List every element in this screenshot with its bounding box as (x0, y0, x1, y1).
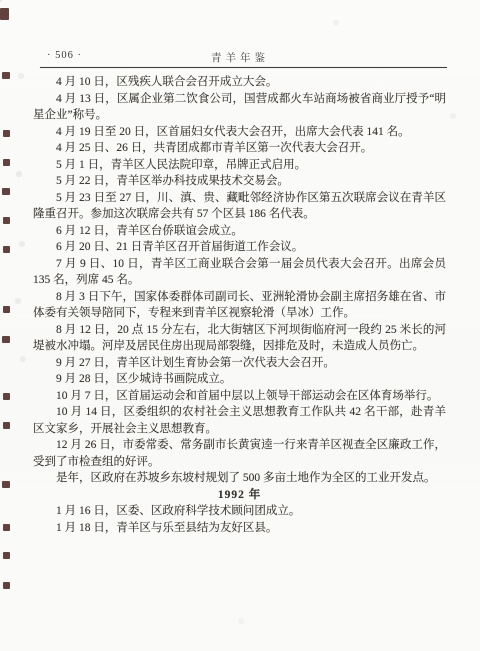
scan-artifact-mark (3, 393, 10, 400)
scan-artifact-mark (2, 72, 10, 79)
year-heading: 1992 年 (33, 487, 446, 504)
chronicle-text-column: 4 月 10 日，区残疾人联合会召开成立大会。4 月 13 日，区属企业第二饮食… (33, 74, 446, 536)
scan-artifact-mark (2, 336, 10, 343)
scan-artifact-mark (3, 524, 10, 531)
journal-title: 青羊年鉴 (33, 50, 447, 65)
chronicle-entry: 9 月 28 日，区少城诗书画院成立。 (33, 371, 446, 388)
chronicle-entry: 4 月 10 日，区残疾人联合会召开成立大会。 (33, 74, 446, 91)
chronicle-entry: 1 月 18 日，青羊区与乐至县结为友好区县。 (33, 520, 446, 537)
chronicle-entry: 1 月 16 日，区委、区政府科学技术顾问团成立。 (33, 503, 446, 520)
chronicle-entry: 5 月 23 日至 27 日，川、滇、贵、藏毗邻经济协作区第五次联席会议在青羊区… (33, 190, 446, 223)
chronicle-entry: 4 月 13 日，区属企业第二饮食公司，国营成都火车站商场被省商业厅授予“明星企… (33, 91, 446, 124)
scan-artifact-mark (3, 130, 10, 137)
scan-artifact-mark (2, 481, 10, 488)
scan-artifact-mark (2, 188, 10, 195)
chronicle-entry: 是年，区政府在苏坡乡东坡村规划了 500 多亩土地作为全区的工业开发点。 (33, 470, 446, 487)
chronicle-entry: 10 月 14 日，区委组织的农村社会主义思想教育工作队共 42 名干部，赴青羊… (33, 404, 446, 437)
chronicle-entry: 6 月 12 日，青羊区台侨联谊会成立。 (33, 223, 446, 240)
chronicle-entry: 7 月 9 日、10 日，青羊区工商业联合会第一届会员代表大会召开。出席会员 1… (33, 256, 446, 289)
chronicle-entry: 8 月 12 日，20 点 15 分左右，北大街辖区下河坝街临府河一段约 25 … (33, 322, 446, 355)
chronicle-entry: 9 月 27 日，青羊区计划生育协会第一次代表大会召开。 (33, 355, 446, 372)
scan-artifact-mark (3, 306, 10, 313)
chronicle-entry: 10 月 7 日，区首届运动会和首届中层以上领导干部运动会在区体育场举行。 (33, 388, 446, 405)
scan-noise (0, 0, 2, 2)
chronicle-entry: 6 月 20 日、21 日青羊区召开首届街道工作会议。 (33, 239, 446, 256)
chronicle-entry: 5 月 1 日，青羊区人民法院印章，吊牌正式启用。 (33, 157, 446, 174)
scan-artifact-mark (3, 582, 10, 589)
header-divider (40, 67, 447, 68)
scan-artifact-mark (3, 159, 10, 166)
scan-artifact-mark (3, 246, 10, 253)
scanned-book-page: · 506 · 青羊年鉴 4 月 10 日，区残疾人联合会召开成立大会。4 月 … (0, 0, 480, 651)
chronicle-entry: 5 月 22 日，青羊区举办科技成果技术交易会。 (33, 173, 446, 190)
chronicle-entry: 4 月 19 日至 20 日，区首届妇女代表大会召开，出席大会代表 141 名。 (33, 124, 446, 141)
scan-artifact-mark (3, 552, 10, 559)
scan-artifact-mark (3, 422, 10, 429)
chronicle-entry: 4 月 25 日、26 日，共青团成都市青羊区第一次代表大会召开。 (33, 140, 446, 157)
scan-artifact-mark (3, 217, 10, 224)
chronicle-entry: 8 月 3 日下午，国家体委群体司副司长、亚洲轮滑协会副主席招务雄在省、市体委有… (33, 289, 446, 322)
page-header: · 506 · 青羊年鉴 (33, 50, 447, 66)
chronicle-entry: 12 月 26 日，市委常委、常务副市长黄寅逵一行来青羊区视查全区廉政工作，受到… (33, 437, 446, 470)
scan-artifact-mark (0, 8, 9, 20)
